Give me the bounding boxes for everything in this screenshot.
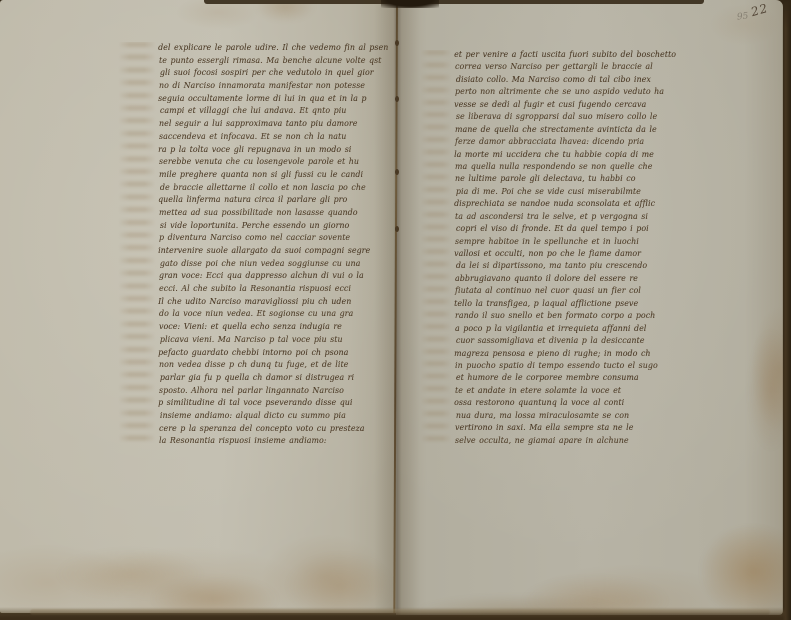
manuscript-line: gran voce: Ecci qua dappresso alchun di … <box>159 270 389 283</box>
manuscript-line: ma quella nulla respondendo se non quell… <box>455 161 677 173</box>
manuscript-line: ossa restorono quantunq la voce al conti <box>454 397 676 409</box>
manuscript-line: de braccie allettarne il collo et non la… <box>160 182 390 195</box>
gutter-top-notch <box>381 0 439 8</box>
manuscript-line: pefacto guardato chebbi intorno poi ch p… <box>158 347 388 360</box>
manuscript-line: vesse se dedi al fugir et cusi fugendo c… <box>454 99 676 111</box>
manuscript-line: ta ad ascondersi tra le selve, et p verg… <box>455 211 677 223</box>
manuscript-line: insieme andiamo: alqual dicto cu summo p… <box>160 410 390 423</box>
manuscript-line: plicava vieni. Ma Narciso p tal voce piu… <box>160 334 390 347</box>
manuscript-line: seguia occultamente lorme di lui in qua … <box>158 93 388 106</box>
book-top-edge <box>204 0 704 4</box>
book-bottom-edge <box>0 607 791 620</box>
left-page-text-block: del explicare le parole udire. Il che ve… <box>159 42 389 448</box>
manuscript-line: gato disse poi che niun vedea soggiunse … <box>160 258 390 271</box>
pencil-folio-mark: 95 <box>737 11 749 22</box>
manuscript-line: pia di me. Poi che se vide cusi miserabi… <box>456 186 678 198</box>
manuscript-line: sempre habitoe in le spellunche et in lu… <box>455 236 677 248</box>
manuscript-line: Il che udito Narciso maravigliossi piu c… <box>158 296 388 309</box>
manuscript-line: tello la transfigea, p laqual affliction… <box>454 298 676 310</box>
manuscript-line: mettea ad sua possibilitade non lasasse … <box>159 207 389 220</box>
manuscript-line: saccendeva et infocava. Et se non ch la … <box>159 131 389 144</box>
manuscript-line: selve occulta, ne giamai apare in alchun… <box>455 435 677 447</box>
manuscript-line: in puocho spatio di tempo essendo tucto … <box>455 360 677 372</box>
manuscript-line: p diventura Narciso como nel cacciar sov… <box>159 232 389 245</box>
manuscript-line: serebbe venuta che cu losengevole parole… <box>159 156 389 169</box>
manuscript-line: mile preghere quanta non si gli fussi cu… <box>159 169 389 182</box>
manuscript-line: vertirono in saxi. Ma ella sempre sta ne… <box>455 422 677 434</box>
manuscript-line: copri el viso di fronde. Et da quel temp… <box>456 223 678 235</box>
sewing-thread-knot <box>395 96 399 102</box>
manuscript-line: quella linferma natura circa il parlare … <box>158 194 388 207</box>
manuscript-line: parlar gia fu p quella ch damor si distr… <box>160 372 390 385</box>
manuscript-line: p similitudine di tal voce pseverando di… <box>158 397 388 410</box>
manuscript-line: ferze damor abbracciata lhavea: dicendo … <box>455 136 677 148</box>
manuscript-line: vallosi et occulti, non po che le fiame … <box>454 248 676 260</box>
manuscript-line: ecci. Al che subito la Resonantia rispuo… <box>159 283 389 296</box>
manuscript-line: intervenire suole allargato da suoi comp… <box>158 245 388 258</box>
manuscript-line: et humore de le corporee membre consuma <box>456 372 678 384</box>
book-right-edge <box>782 0 791 620</box>
manuscript-line: non vedea disse p ch dunq tu fuge, et de… <box>159 359 389 372</box>
manuscript-line: et per venire a facti uscita fuori subit… <box>454 49 676 61</box>
manuscript-line: sposto. Alhora nel parlar lingannato Nar… <box>159 385 389 398</box>
manuscript-line: cuor sassomigliava et divenia p la desic… <box>456 335 678 347</box>
manuscript-line: te punto essergli rimasa. Ma benche alcu… <box>159 55 389 68</box>
manuscript-line: magreza pensosa e pieno di rughe; in mod… <box>454 348 676 360</box>
manuscript-line: voce: Vieni: et quella echo senza indugi… <box>159 321 389 334</box>
manuscript-line: cere p la speranza del concepto voto cu … <box>159 423 389 436</box>
manuscript-line: se liberava di sgropparsi dal suo misero… <box>456 111 678 123</box>
manuscript-line: del explicare le parole udire. Il che ve… <box>158 42 388 55</box>
right-page-text-block: et per venire a facti uscita fuori subit… <box>455 49 677 447</box>
manuscript-line: gli suoi focosi sospiri per che vedutolo… <box>160 67 390 80</box>
manuscript-line: rando il suo snello et ben formato corpo… <box>455 310 677 322</box>
manuscript-line: ra p la tolta voce gli repugnava in un m… <box>158 144 388 157</box>
manuscript-line: do la voce niun vedea. Et sogionse cu un… <box>159 308 389 321</box>
manuscript-line: la Resonantia rispuosi insieme andiamo: <box>159 435 389 448</box>
manuscript-line: no di Narciso innamorata manifestar non … <box>159 80 389 93</box>
manuscript-line: campi et villaggi che lui andava. Et qnt… <box>160 105 390 118</box>
manuscript-line: correa verso Narciso per gettargli le br… <box>455 61 677 73</box>
manuscript-line: fiutata al continuo nel cuor quasi un fi… <box>455 285 677 297</box>
manuscript-line: perto non altrimente che se uno aspido v… <box>455 86 677 98</box>
sewing-thread-knot <box>395 226 399 232</box>
manuscript-line: la morte mi uccidera che tu habbie copia… <box>454 149 676 161</box>
manuscript-line: disiato collo. Ma Narciso como di tal ci… <box>456 74 678 86</box>
manuscript-line: ne lultime parole gli delectava, tu habb… <box>455 173 677 185</box>
manuscript-line: nua dura, ma lossa miraculosamte se con <box>456 410 678 422</box>
manuscript-line: da lei si dipartissono, ma tanto piu cre… <box>456 260 678 272</box>
manuscript-line: disprechiata se nandoe nuda sconsolata e… <box>454 198 676 210</box>
manuscript-line: a poco p la vigilantia et irrequieta aff… <box>455 323 677 335</box>
sewing-thread-knot <box>395 169 399 175</box>
manuscript-line: te et andate in etere solamte la voce et <box>455 385 677 397</box>
manuscript-line: si vide loportunita. Perche essendo un g… <box>160 220 390 233</box>
sewing-thread-knot <box>395 40 399 46</box>
manuscript-line: mane de quella che strectamente avintict… <box>455 124 677 136</box>
manuscript-line: abbrugiavano quanto il dolore del essere… <box>455 273 677 285</box>
manuscript-line: nel seguir a lui sapproximava tanto piu … <box>159 118 389 131</box>
